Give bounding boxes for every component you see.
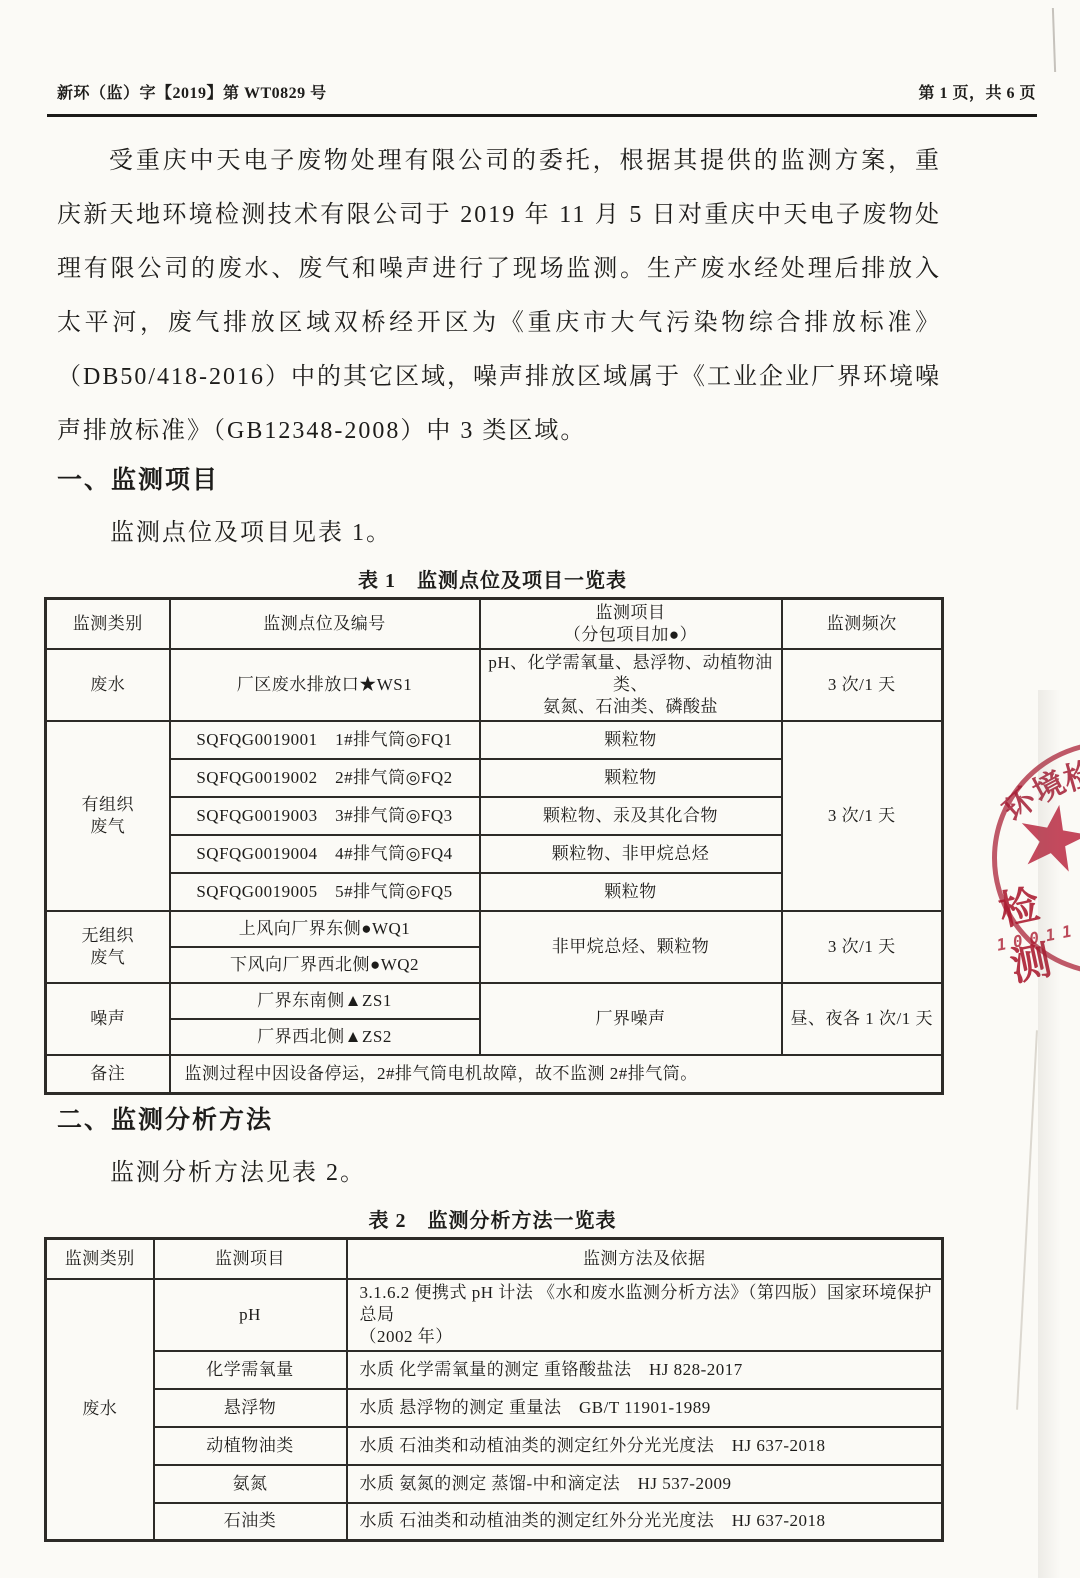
t1-remark-label: 备注: [46, 1055, 170, 1093]
table-2-caption: 表 2 监测分析方法一览表: [44, 1204, 941, 1233]
t2-method: 水质 化学需氧量的测定 重铬酸盐法 HJ 828-2017: [347, 1351, 943, 1389]
header-doc-number: 新环（监）字【2019】第 WT0829 号: [57, 80, 327, 103]
t1-noise-location: 厂界东南侧▲ZS1: [170, 983, 480, 1019]
t1-organized-items: 颗粒物、非甲烷总烃: [480, 835, 782, 873]
section-2-title: 二、监测分析方法: [57, 1100, 273, 1136]
table-1-caption: 表 1 监测点位及项目一览表: [44, 564, 941, 593]
t1-noise-items: 厂界噪声: [480, 983, 782, 1055]
t2-header-method: 监测方法及依据: [347, 1239, 943, 1279]
t1-organized-location: SQFQG0019002 2#排气筒◎FQ2: [170, 759, 480, 797]
t2-header-category: 监测类别: [46, 1239, 154, 1279]
t1-unorganized-location: 上风向厂界东侧●WQ1: [170, 911, 480, 947]
t1-header-location: 监测点位及编号: [170, 599, 480, 650]
table-row: 备注 监测过程中因设备停运，2#排气筒电机故障，故不监测 2#排气筒。: [46, 1055, 943, 1093]
intro-line: 受重庆中天电子废物处理有限公司的委托，根据其提供的监测方案，重: [57, 134, 941, 188]
t1-wastewater-location: 厂区废水排放口★WS1: [170, 649, 480, 721]
t2-method: 水质 石油类和动植油类的测定红外分光光度法 HJ 637-2018: [347, 1503, 943, 1541]
intro-paragraph: 受重庆中天电子废物处理有限公司的委托，根据其提供的监测方案，重 庆新天地环境检测…: [57, 134, 941, 458]
table-row: 噪声 厂界东南侧▲ZS1 厂界噪声 昼、夜各 1 次/1 天: [46, 983, 943, 1019]
t1-noise-frequency: 昼、夜各 1 次/1 天: [782, 983, 943, 1055]
t1-noise-location: 厂界西北侧▲ZS2: [170, 1019, 480, 1055]
section-1-title: 一、监测项目: [57, 460, 219, 496]
t1-unorganized-location: 下风向厂界西北侧●WQ2: [170, 947, 480, 983]
t2-method: 3.1.6.2 便携式 pH 计法 《水和废水监测分析方法》（第四版）国家环境保…: [347, 1279, 943, 1351]
t1-header-items: 监测项目 （分包项目加●）: [480, 599, 782, 650]
table-1: 监测类别 监测点位及编号 监测项目 （分包项目加●） 监测频次 废水 厂区废水排…: [44, 597, 944, 1095]
t2-item: 动植物油类: [154, 1427, 347, 1465]
t2-method: 水质 悬浮物的测定 重量法 GB/T 11901-1989: [347, 1389, 943, 1427]
t1-organized-items: 颗粒物: [480, 873, 782, 911]
t2-method: 水质 氨氮的测定 蒸馏-中和滴定法 HJ 537-2009: [347, 1465, 943, 1503]
t1-organized-location: SQFQG0019005 5#排气筒◎FQ5: [170, 873, 480, 911]
table-row: 化学需氧量 水质 化学需氧量的测定 重铬酸盐法 HJ 828-2017: [46, 1351, 943, 1389]
table-row: 石油类 水质 石油类和动植油类的测定红外分光光度法 HJ 637-2018: [46, 1503, 943, 1541]
t2-item: pH: [154, 1279, 347, 1351]
table-row: 氨氮 水质 氨氮的测定 蒸馏-中和滴定法 HJ 537-2009: [46, 1465, 943, 1503]
table-row: 有组织 废气 SQFQG0019001 1#排气筒◎FQ1 颗粒物 3 次/1 …: [46, 721, 943, 759]
t1-noise-category: 噪声: [46, 983, 170, 1055]
table-row: 监测类别 监测项目 监测方法及依据: [46, 1239, 943, 1279]
intro-line: 理有限公司的废水、废气和噪声进行了现场监测。生产废水经处理后排放入: [57, 242, 941, 296]
t1-organized-frequency: 3 次/1 天: [782, 721, 943, 911]
t2-category: 废水: [46, 1279, 154, 1541]
page-edge-line: [1016, 1030, 1038, 1410]
table-row: 废水 pH 3.1.6.2 便携式 pH 计法 《水和废水监测分析方法》（第四版…: [46, 1279, 943, 1351]
t1-unorganized-items: 非甲烷总烃、颗粒物: [480, 911, 782, 983]
intro-line: 太平河，废气排放区域双桥经开区为《重庆市大气污染物综合排放标准》: [57, 296, 941, 350]
table-row: 无组织 废气 上风向厂界东侧●WQ1 非甲烷总烃、颗粒物 3 次/1 天: [46, 911, 943, 947]
t1-organized-items: 颗粒物: [480, 759, 782, 797]
t1-remark-text: 监测过程中因设备停运，2#排气筒电机故障，故不监测 2#排气筒。: [170, 1055, 943, 1093]
intro-line: （DB50/418-2016）中的其它区域，噪声排放区域属于《工业企业厂界环境噪: [57, 350, 941, 404]
header-divider: [47, 114, 1037, 117]
t1-header-frequency: 监测频次: [782, 599, 943, 650]
t1-organized-location: SQFQG0019003 3#排气筒◎FQ3: [170, 797, 480, 835]
header-page-number: 第 1 页，共 6 页: [918, 80, 1036, 103]
t2-method: 水质 石油类和动植油类的测定红外分光光度法 HJ 637-2018: [347, 1427, 943, 1465]
t1-unorganized-frequency: 3 次/1 天: [782, 911, 943, 983]
t1-organized-location: SQFQG0019001 1#排气筒◎FQ1: [170, 721, 480, 759]
table-row: 废水 厂区废水排放口★WS1 pH、化学需氧量、悬浮物、动植物油类、 氨氮、石油…: [46, 649, 943, 721]
t1-organized-items: 颗粒物: [480, 721, 782, 759]
intro-line: 声排放标准》（GB12348-2008）中 3 类区域。: [57, 404, 941, 458]
t2-item: 石油类: [154, 1503, 347, 1541]
intro-line: 庆新天地环境检测技术有限公司于 2019 年 11 月 5 日对重庆中天电子废物…: [57, 188, 941, 242]
t2-item: 化学需氧量: [154, 1351, 347, 1389]
section-2-lead: 监测分析方法见表 2。: [110, 1152, 366, 1187]
t2-item: 氨氮: [154, 1465, 347, 1503]
t1-organized-location: SQFQG0019004 4#排气筒◎FQ4: [170, 835, 480, 873]
table-row: 监测类别 监测点位及编号 监测项目 （分包项目加●） 监测频次: [46, 599, 943, 650]
t1-unorganized-category: 无组织 废气: [46, 911, 170, 983]
page-edge-shadow: [1038, 690, 1080, 1578]
t1-wastewater-category: 废水: [46, 649, 170, 721]
table-row: 悬浮物 水质 悬浮物的测定 重量法 GB/T 11901-1989: [46, 1389, 943, 1427]
t1-wastewater-frequency: 3 次/1 天: [782, 649, 943, 721]
t1-organized-items: 颗粒物、汞及其化合物: [480, 797, 782, 835]
scan-artifact-line: [1052, 8, 1056, 72]
t2-item: 悬浮物: [154, 1389, 347, 1427]
t1-organized-category: 有组织 废气: [46, 721, 170, 911]
table-2: 监测类别 监测项目 监测方法及依据 废水 pH 3.1.6.2 便携式 pH 计…: [44, 1237, 944, 1542]
table-row: 动植物油类 水质 石油类和动植油类的测定红外分光光度法 HJ 637-2018: [46, 1427, 943, 1465]
t1-header-category: 监测类别: [46, 599, 170, 650]
t2-header-item: 监测项目: [154, 1239, 347, 1279]
t1-wastewater-items: pH、化学需氧量、悬浮物、动植物油类、 氨氮、石油类、磷酸盐: [480, 649, 782, 721]
section-1-lead: 监测点位及项目见表 1。: [110, 512, 392, 547]
